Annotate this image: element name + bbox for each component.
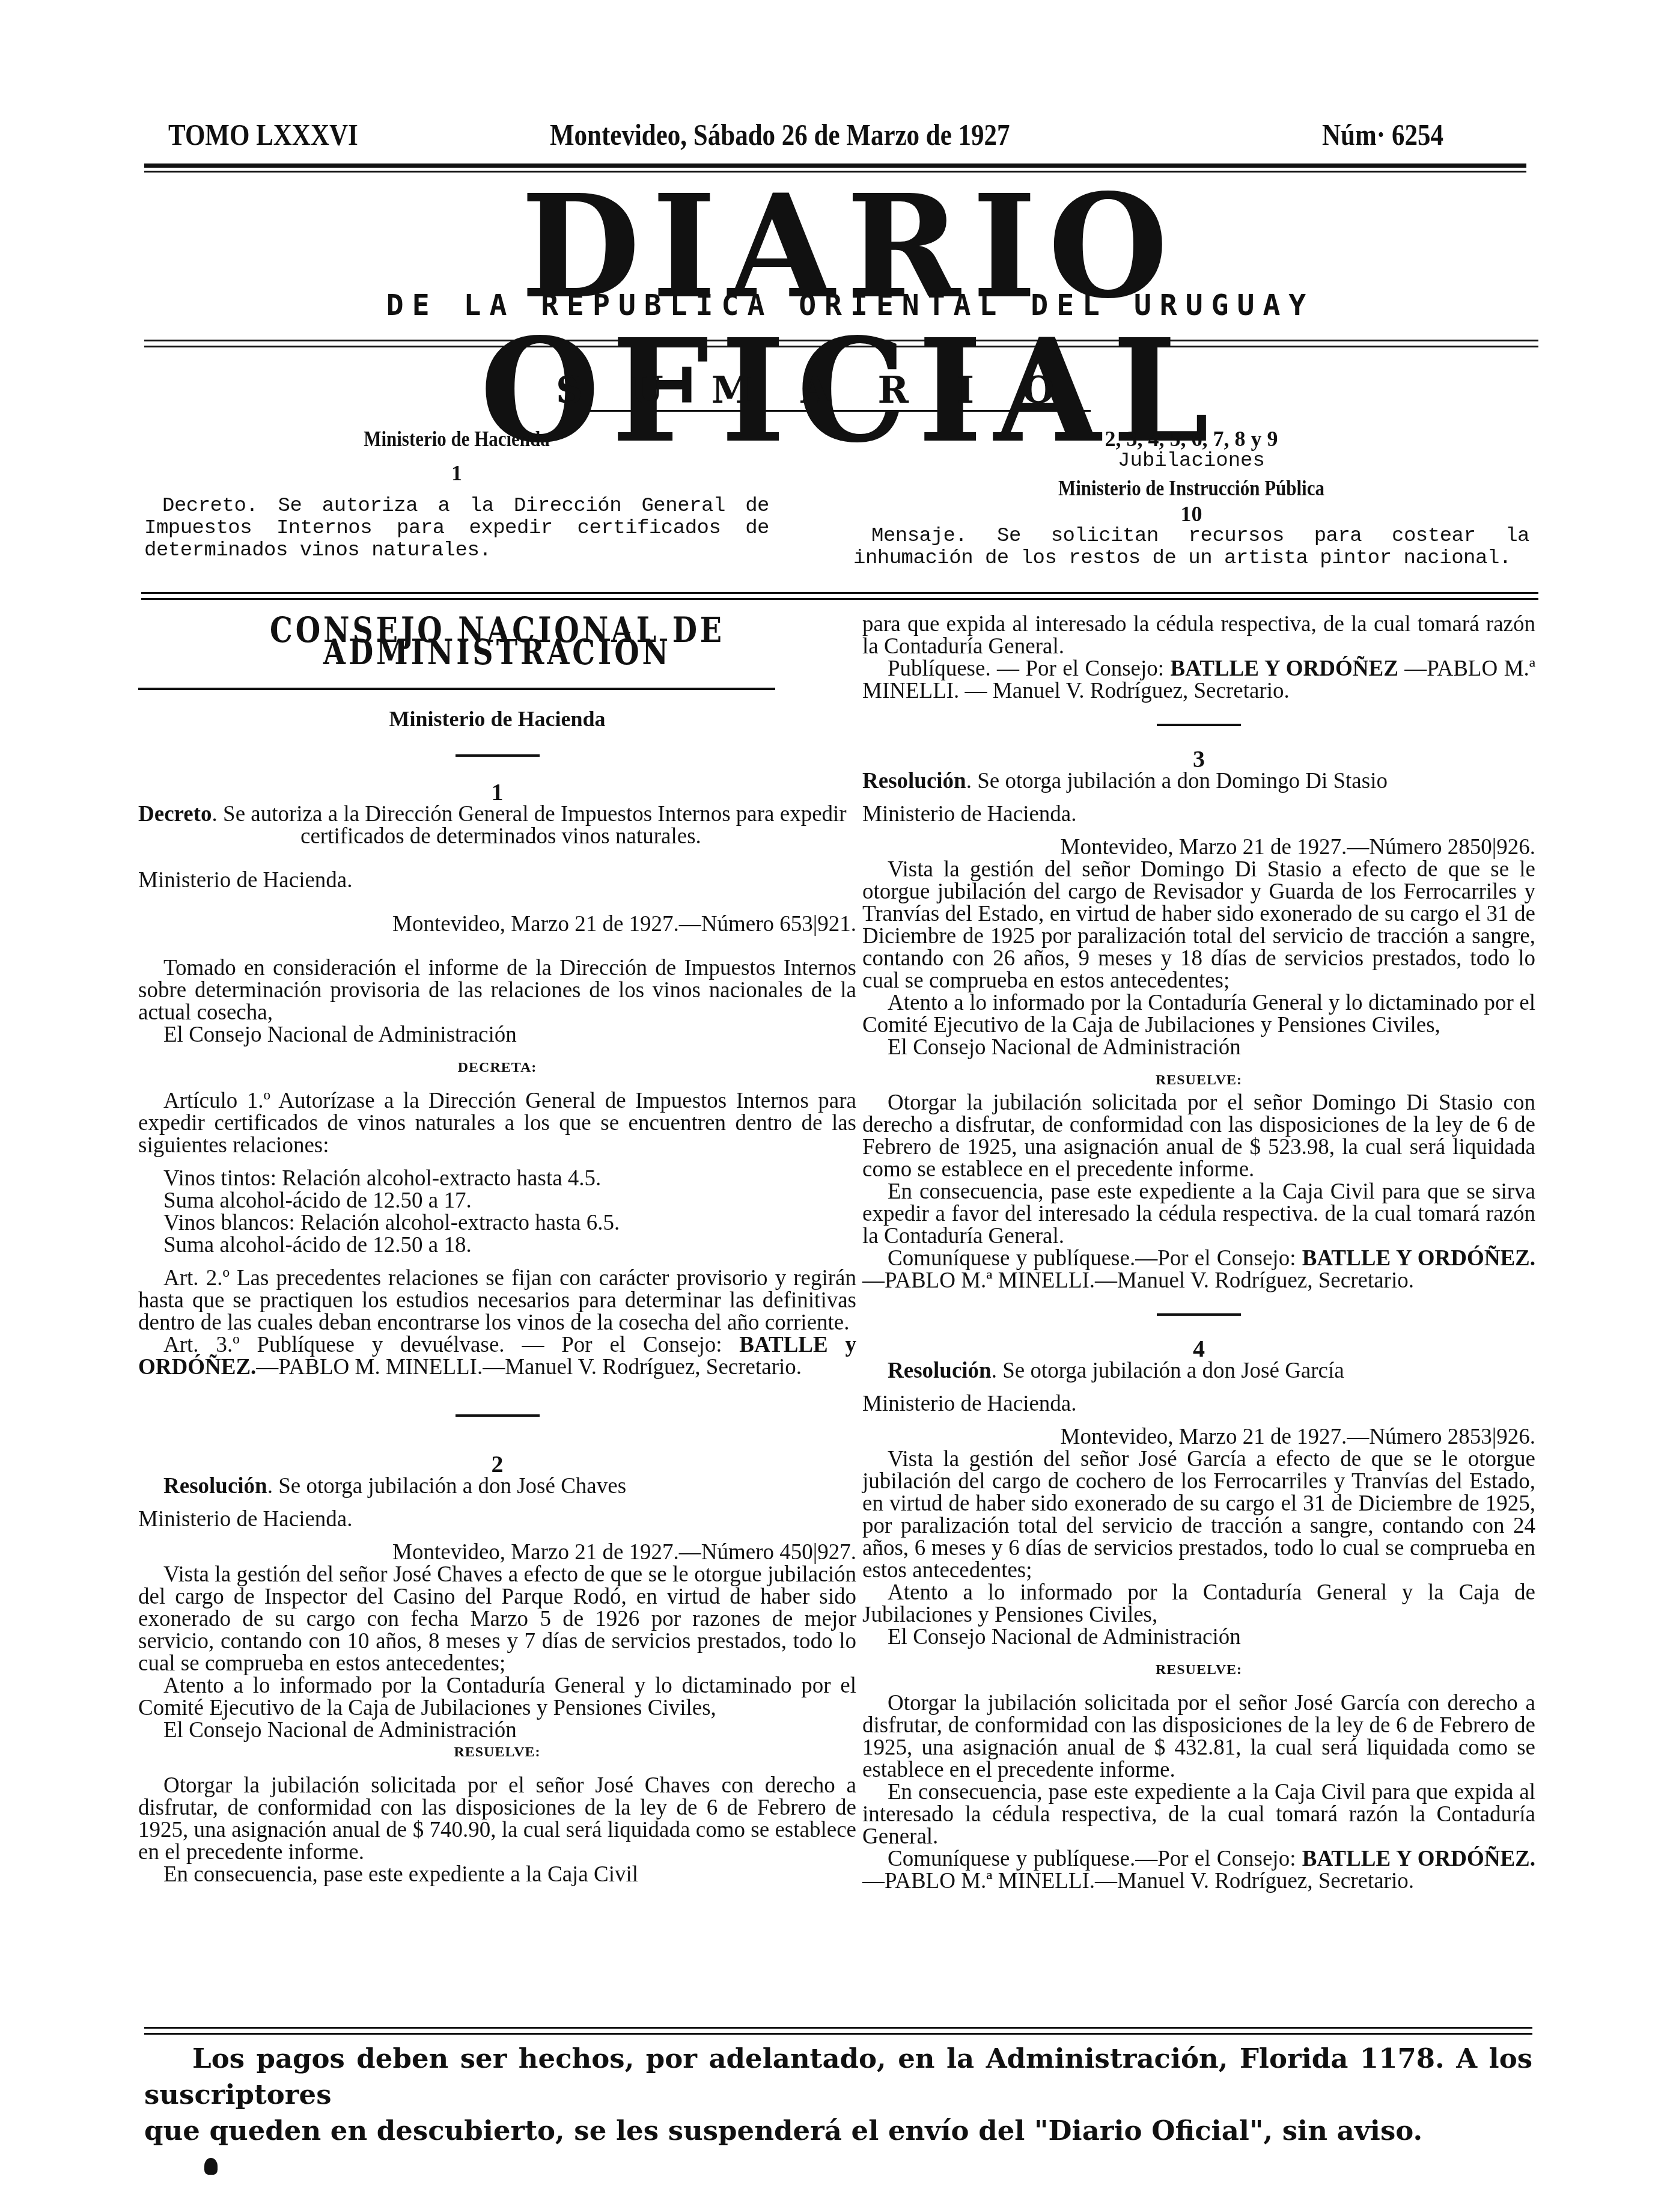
paragraph: Comuníquese y publíquese.—Por el Consejo… — [862, 1848, 1535, 1892]
item-ministry: Ministerio de Hacienda. — [138, 869, 856, 891]
newspaper-subtitle: DE LA REPUBLICA ORIENTAL DEL URUGUAY — [150, 289, 1550, 322]
paragraph: En consecuencia, pase este expediente a … — [862, 1781, 1535, 1848]
list-item: Vinos tintos: Relación alcohol-extracto … — [138, 1167, 856, 1190]
paragraph: El Consejo Nacional de Administración — [138, 1024, 856, 1046]
list-item: Suma alcohol-ácido de 12.50 a 18. — [138, 1234, 856, 1256]
signature-post: —PABLO M.ª MINELLI.—Manuel V. Rodríguez,… — [862, 1268, 1414, 1293]
paragraph: En consecuencia, pase este expediente a … — [138, 1863, 856, 1886]
section-rule-2 — [141, 598, 1538, 600]
paragraph: Vista la gestión del señor Domingo Di St… — [862, 858, 1535, 992]
notice-line-1: Los pagos deben ser hechos, por adelanta… — [144, 2041, 1532, 2113]
item-title: Resolución. Se otorga jubilación a don J… — [138, 1475, 856, 1497]
item-title: Decreto. Se autoriza a la Dirección Gene… — [138, 803, 856, 848]
item-ministry: Ministerio de Hacienda. — [862, 1393, 1535, 1415]
signature-name: BATLLE Y ORDÓÑEZ. — [1302, 1847, 1535, 1871]
summary-ministry-2: Ministerio de Instrucción Pública — [901, 477, 1483, 500]
paragraph: Vista la gestión del señor José Chaves a… — [138, 1563, 856, 1675]
paragraph: Otorgar la jubilación solicitada por el … — [862, 1692, 1535, 1781]
section-rule — [141, 592, 1538, 594]
summary-item-number: 1 — [144, 462, 769, 484]
signature-post: —PABLO M.ª MINELLI.—Manuel V. Rodríguez,… — [862, 1869, 1414, 1893]
item-title: Resolución. Se otorga jubilación a don J… — [862, 1360, 1535, 1382]
item-summary: . Se otorga jubilación a don José García — [992, 1358, 1344, 1383]
signature-pre: Art. 3.º Publíquese y devuélvase. — Por … — [163, 1333, 739, 1357]
item-lead: Resolución — [163, 1474, 267, 1499]
item-date: Montevideo, Marzo 21 de 1927.—Número 653… — [138, 913, 856, 935]
item-date: Montevideo, Marzo 21 de 1927.—Número 285… — [862, 836, 1535, 858]
volume-label: TOMO LXXXVI — [168, 117, 358, 152]
signature-name: BATLLE Y ORDÓÑEZ — [1171, 656, 1398, 681]
paragraph: El Consejo Nacional de Administración — [862, 1036, 1535, 1059]
item-date: Montevideo, Marzo 21 de 1927.—Número 285… — [862, 1426, 1535, 1448]
item-summary: . Se otorga jubilación a don José Chaves — [267, 1474, 626, 1499]
signature-pre: Publíquese. — Por el Consejo: — [888, 656, 1171, 681]
notice-line-2: que queden en descubierto, se les suspen… — [144, 2113, 1532, 2149]
summary-item-text-2: Mensaje. Se solicitan recursos para cost… — [853, 525, 1529, 570]
item-summary: . Se otorga jubilación a don Domingo Di … — [966, 769, 1388, 793]
item-lead: Resolución — [888, 1358, 992, 1383]
list-item: Suma alcohol-ácido de 12.50 a 17. — [138, 1190, 856, 1212]
item-summary: . Se autoriza a la Dirección General de … — [212, 802, 847, 849]
issue-number: Núm· 6254 — [1322, 117, 1443, 152]
paragraph: Otorgar la jubilación solicitada por el … — [138, 1774, 856, 1863]
list-item: Vinos blancos: Relación alcohol-extracto… — [138, 1212, 856, 1234]
item-title: Resolución. Se otorga jubilación a don D… — [862, 770, 1535, 792]
paragraph: Comuníquese y publíquese.—Por el Consejo… — [862, 1247, 1535, 1292]
section-title: CONSEJO NACIONAL DE ADMINISTRACIÓN — [203, 619, 792, 664]
item-number: 4 — [862, 1337, 1535, 1360]
paragraph: Art. 3.º Publíquese y devuélvase. — Por … — [138, 1334, 856, 1378]
paragraph: El Consejo Nacional de Administración — [138, 1719, 856, 1741]
subscription-notice: Los pagos deben ser hechos, por adelanta… — [144, 2041, 1532, 2149]
resuelve-label: RESUELVE: — [862, 1069, 1535, 1092]
paragraph-continued: para que expida al interesado la cédula … — [862, 613, 1535, 658]
footer-rule — [144, 2027, 1532, 2029]
item-lead: Resolución — [862, 769, 966, 793]
paragraph: Artículo 1.º Autorízase a la Dirección G… — [138, 1090, 856, 1156]
summary-left: Ministerio de Hacienda 1 Decreto. Se aut… — [144, 428, 769, 562]
resuelve-label: RESUELVE: — [138, 1741, 856, 1764]
signature-name: BATLLE Y ORDÓÑEZ. — [1302, 1246, 1535, 1271]
paragraph: Vista la gestión del señor José García a… — [862, 1448, 1535, 1581]
issue-date: Montevideo, Sábado 26 de Marzo de 1927 — [550, 117, 1010, 152]
signature-pre: Comuníquese y publíquese.—Por el Consejo… — [888, 1847, 1302, 1871]
summary-heading: SUMARIO — [541, 368, 1118, 412]
signature-pre: Comuníquese y publíquese.—Por el Consejo… — [888, 1246, 1302, 1271]
item-number: 3 — [862, 748, 1535, 770]
item-date: Montevideo, Marzo 21 de 1927.—Número 450… — [138, 1541, 856, 1563]
paragraph: Atento a lo informado por la Contaduría … — [862, 1581, 1535, 1626]
item-number: 2 — [138, 1453, 856, 1475]
section-ministry: Ministerio de Hacienda — [138, 708, 856, 730]
summary-ministry: Ministerio de Hacienda — [188, 428, 725, 450]
summary-item-number-2: 10 — [853, 503, 1529, 525]
signature-post: —PABLO M. MINELLI.—Manuel V. Rodríguez, … — [256, 1355, 802, 1379]
masthead-bottom-rule-2 — [144, 346, 1538, 347]
summary-heading-rule — [580, 410, 1091, 412]
paragraph: Publíquese. — Por el Consejo: BATLLE Y O… — [862, 658, 1535, 702]
paragraph: Atento a lo informado por la Contaduría … — [862, 992, 1535, 1036]
paragraph: Otorgar la jubilación solicitada por el … — [862, 1092, 1535, 1181]
paragraph: El Consejo Nacional de Administración — [862, 1626, 1535, 1648]
resuelve-label: RESUELVE: — [862, 1659, 1535, 1681]
ink-blot-icon — [204, 2158, 218, 2175]
summary-item-text: Decreto. Se autoriza a la Dirección Gene… — [144, 495, 769, 562]
right-column: para que expida al interesado la cédula … — [862, 613, 1535, 1892]
left-column: CONSEJO NACIONAL DE ADMINISTRACIÓN Minis… — [138, 619, 856, 1886]
paragraph: Art. 2.º Las precedentes relaciones se f… — [138, 1267, 856, 1334]
summary-subject: Jubilaciones — [853, 450, 1529, 472]
item-number: 1 — [138, 781, 856, 803]
paragraph: Atento a lo informado por la Contaduría … — [138, 1675, 856, 1719]
summary-item-numbers: 2, 3, 4, 5, 6, 7, 8 y 9 — [853, 428, 1529, 450]
masthead-bottom-rule — [144, 340, 1538, 341]
decreta-label: DECRETA: — [138, 1057, 856, 1079]
summary-right: 2, 3, 4, 5, 6, 7, 8 y 9 Jubilaciones Min… — [853, 428, 1529, 570]
paragraph: Tomado en consideración el informe de la… — [138, 957, 856, 1024]
item-lead: Decreto — [138, 802, 212, 826]
paragraph: En consecuencia, pase este expediente a … — [862, 1181, 1535, 1247]
item-ministry: Ministerio de Hacienda. — [138, 1508, 856, 1530]
footer-rule-2 — [144, 2033, 1532, 2035]
item-ministry: Ministerio de Hacienda. — [862, 803, 1535, 825]
